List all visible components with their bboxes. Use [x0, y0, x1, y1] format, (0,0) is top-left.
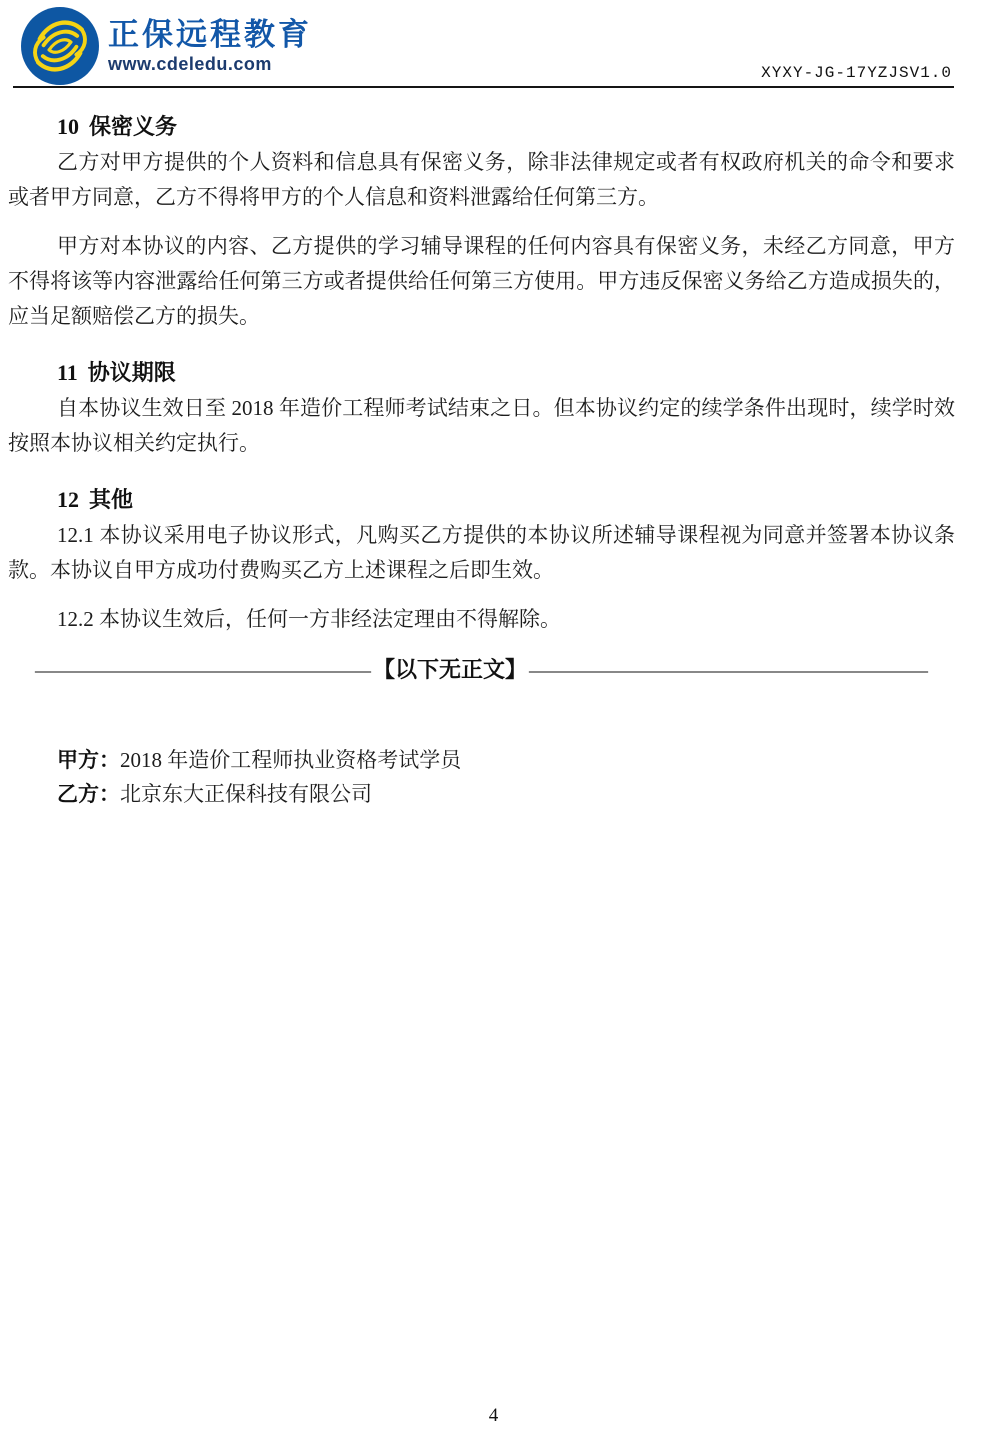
section-number: 11	[57, 360, 78, 385]
document-code: XYXY-JG-17YZJSV1.0	[761, 64, 952, 82]
swirl-globe-icon	[21, 7, 99, 85]
party-b-line: 乙方：北京东大正保科技有限公司	[57, 777, 955, 811]
section-title: 其他	[89, 487, 133, 512]
brand-logo: 正保远程教育 www.cdeledu.com	[21, 7, 312, 85]
party-b-label: 乙方：	[57, 782, 120, 806]
party-b-value: 北京东大正保科技有限公司	[120, 782, 372, 806]
party-a-value: 2018 年造价工程师执业资格考试学员	[120, 748, 461, 772]
party-a-label: 甲方：	[57, 748, 120, 772]
page-number: 4	[0, 1405, 987, 1427]
paragraph: 乙方对甲方提供的个人资料和信息具有保密义务，除非法律规定或者有权政府机关的命令和…	[8, 145, 955, 215]
paragraph: 自本协议生效日至 2018 年造价工程师考试结束之日。但本协议约定的续学条件出现…	[8, 391, 955, 461]
section-number: 12	[57, 487, 79, 512]
end-of-text-divider: ————————————————【以下无正文】—————————————————…	[8, 655, 955, 685]
divider-dashes-right: ———————————————————	[529, 655, 928, 685]
section-heading-12: 12其他	[8, 483, 955, 514]
divider-dashes-left: ————————————————	[35, 655, 371, 685]
paragraph: 甲方对本协议的内容、乙方提供的学习辅导课程的任何内容具有保密义务，未经乙方同意，…	[8, 229, 955, 334]
brand-text-block: 正保远程教育 www.cdeledu.com	[108, 17, 312, 75]
document-page: 正保远程教育 www.cdeledu.com XYXY-JG-17YZJSV1.…	[0, 0, 987, 1439]
section-number: 10	[57, 114, 79, 139]
section-title: 协议期限	[88, 360, 176, 385]
party-a-line: 甲方：2018 年造价工程师执业资格考试学员	[57, 743, 955, 777]
paragraph: 12.1 本协议采用电子协议形式，凡购买乙方提供的本协议所述辅导课程视为同意并签…	[8, 518, 955, 588]
section-heading-10: 10保密义务	[8, 110, 955, 141]
paragraph: 12.2 本协议生效后，任何一方非经法定理由不得解除。	[8, 602, 955, 637]
brand-name: 正保远程教育	[108, 17, 312, 53]
section-title: 保密义务	[89, 114, 177, 139]
document-body: 10保密义务 乙方对甲方提供的个人资料和信息具有保密义务，除非法律规定或者有权政…	[8, 110, 955, 811]
page-header: 正保远程教育 www.cdeledu.com XYXY-JG-17YZJSV1.…	[13, 0, 954, 88]
parties-block: 甲方：2018 年造价工程师执业资格考试学员 乙方：北京东大正保科技有限公司	[8, 743, 955, 811]
brand-url: www.cdeledu.com	[108, 53, 312, 75]
divider-label: 【以下无正文】	[373, 655, 527, 685]
section-heading-11: 11协议期限	[8, 356, 955, 387]
